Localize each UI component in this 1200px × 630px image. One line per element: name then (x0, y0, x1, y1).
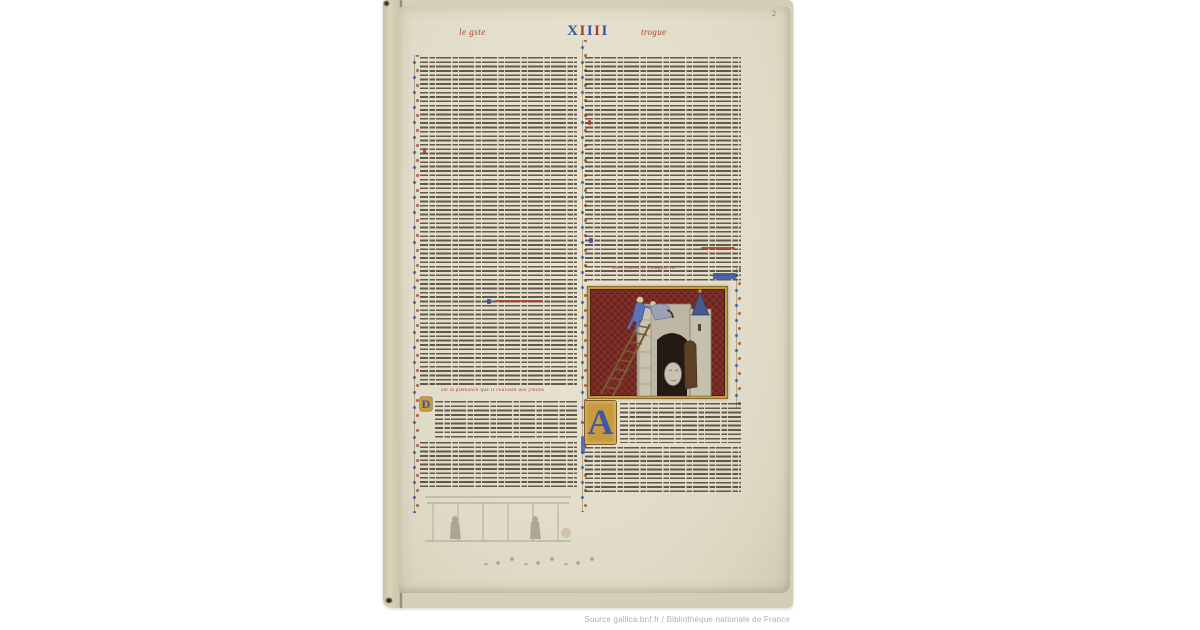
blue-cartouche-icon (713, 273, 736, 279)
rubric-right-column: Des ydoles et ymages. va (613, 266, 711, 273)
manuscript-photo: le gste XIIII trogue 2 De la plemance qu… (383, 0, 793, 608)
text-column-right-lower (585, 447, 741, 492)
miniature-illustration-icon (587, 286, 728, 399)
grisaille-sketch (423, 493, 573, 547)
text-column-right-upper (585, 57, 741, 283)
binding-corner-mark-top (384, 1, 389, 6)
ivy-border-left-icon (410, 55, 419, 513)
illuminated-initial-a: A (585, 401, 616, 444)
red-capital-mark (588, 120, 591, 125)
text-column-left-upper (420, 57, 577, 387)
illuminated-initial-d: D (420, 397, 432, 411)
text-column-left-wrap (435, 401, 577, 439)
miniature-idol-scene (587, 286, 728, 399)
source-attribution: Source gallica.bnf.fr / Bibliothèque nat… (490, 615, 790, 624)
ivy-border-right-icon (732, 268, 741, 408)
binding-corner-mark-bottom (386, 598, 392, 603)
running-title-right: trogue (641, 27, 667, 37)
rubric-left-column: De la plemance que il couvient aus ydole… (441, 388, 573, 400)
grisaille-sketch-icon (423, 493, 573, 547)
text-column-right-wrap (620, 403, 741, 443)
text-column-left-lower (420, 442, 577, 490)
paraph-mark-icon (487, 299, 491, 304)
paraph-mark-icon (589, 238, 593, 243)
running-title-left: le gste (459, 27, 486, 37)
folio-number: 2 (772, 9, 776, 18)
red-capital-mark (423, 148, 426, 153)
penwork-sprigs-icon (478, 553, 598, 565)
screenshot-canvas: le gste XIIII trogue 2 De la plemance qu… (0, 0, 1200, 630)
chapter-number: XIIII (559, 23, 617, 40)
